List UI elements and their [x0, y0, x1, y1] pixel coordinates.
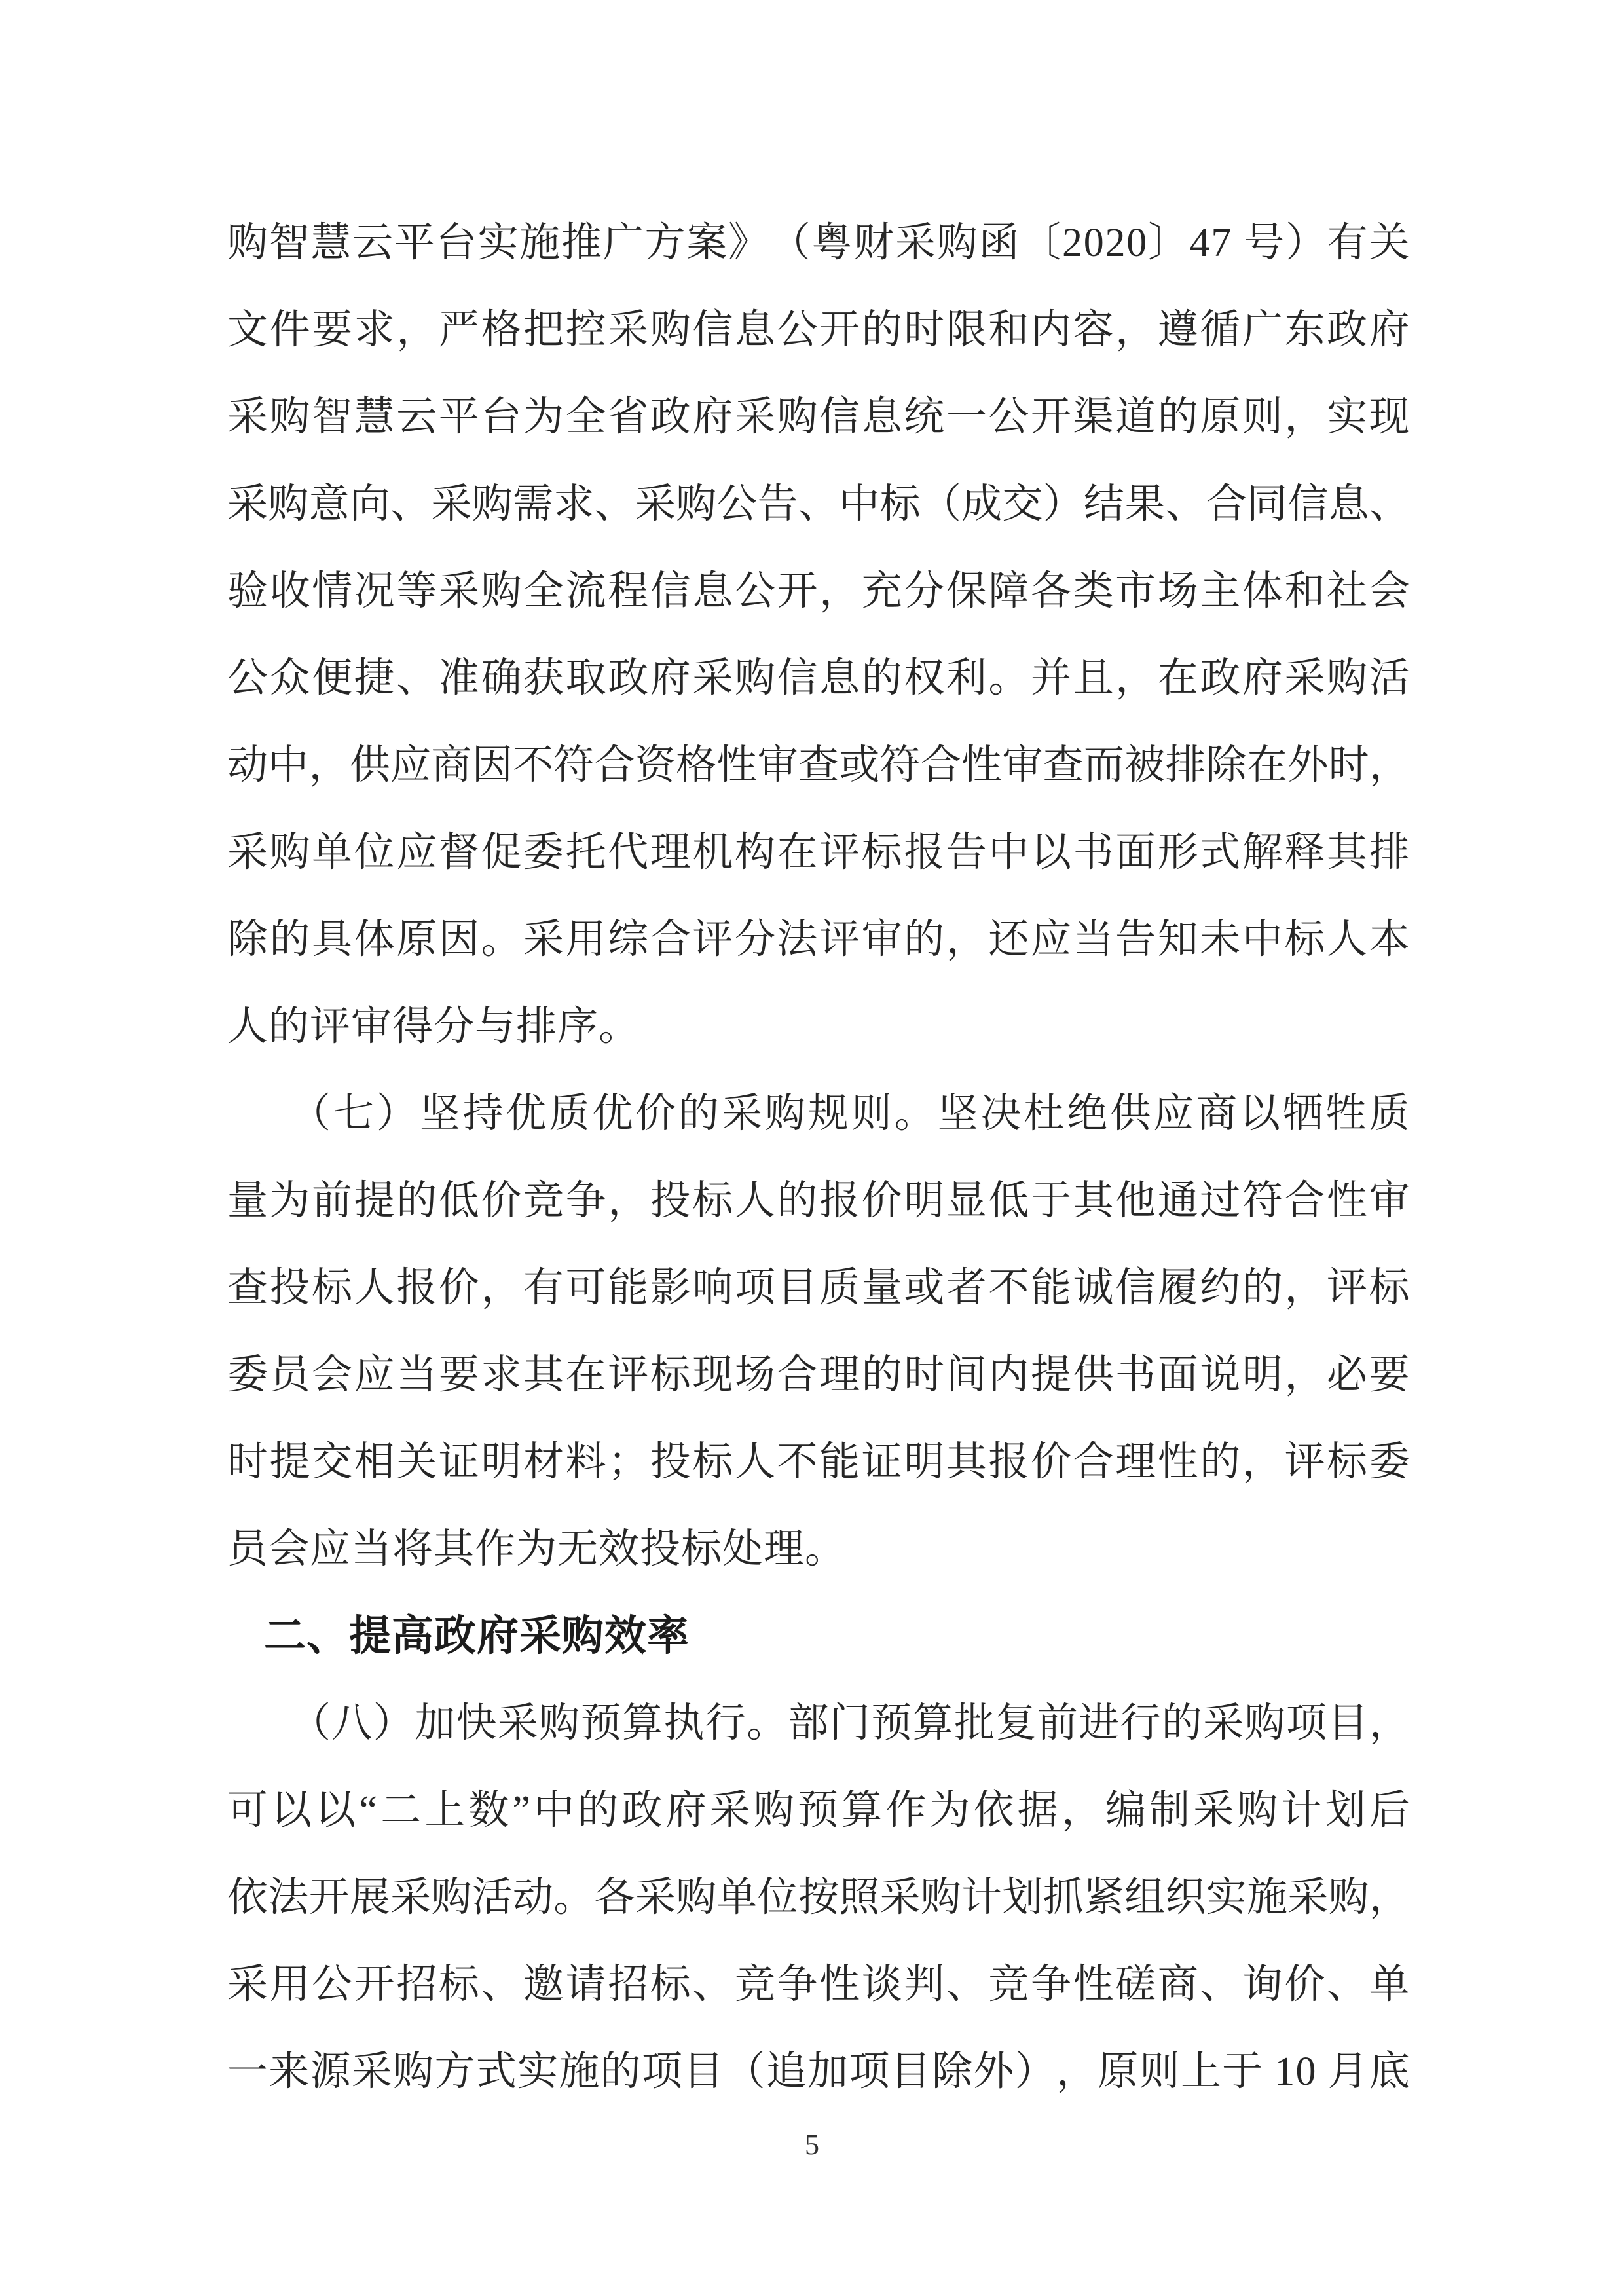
body-line-19: 可以以“二上数”中的政府采购预算作为依据，编制采购计划后	[227, 1767, 1410, 1854]
body-line-16-paragraph-end: 员会应当将其作为无效投标处理。	[227, 1506, 1410, 1593]
body-line-06: 公众便捷、准确获取政府采购信息的权利。并且，在政府采购活	[227, 635, 1410, 722]
body-line-07: 动中，供应商因不符合资格性审查或符合性审查而被排除在外时，	[227, 722, 1410, 809]
body-line-15: 时提交相关证明材料；投标人不能证明其报价合理性的，评标委	[227, 1419, 1410, 1506]
body-line-08: 采购单位应督促委托代理机构在评标报告中以书面形式解释其排	[227, 809, 1410, 896]
body-line-04: 采购意向、采购需求、采购公告、中标（成交）结果、合同信息、	[227, 461, 1410, 548]
body-line-03: 采购智慧云平台为全省政府采购信息统一公开渠道的原则，实现	[227, 374, 1410, 461]
body-line-14: 委员会应当要求其在评标现场合理的时间内提供书面说明，必要	[227, 1332, 1410, 1419]
body-line-21: 采用公开招标、邀请招标、竞争性谈判、竞争性磋商、询价、单	[227, 1941, 1410, 2029]
body-line-20: 依法开展采购活动。各采购单位按照采购计划抓紧组织实施采购，	[227, 1854, 1410, 1941]
section-heading: 二、提高政府采购效率	[227, 1593, 1410, 1680]
page-number: 5	[0, 2125, 1624, 2165]
body-line-18-paragraph-start: （八）加快采购预算执行。部门预算批复前进行的采购项目，	[227, 1680, 1410, 1767]
body-line-10-paragraph-end: 人的评审得分与排序。	[227, 983, 1410, 1071]
body-line-13: 查投标人报价，有可能影响项目质量或者不能诚信履约的，评标	[227, 1245, 1410, 1332]
body-line-01: 购智慧云平台实施推广方案》（粤财采购函〔2020〕47 号）有关	[227, 200, 1410, 287]
body-line-11-paragraph-start: （七）坚持优质优价的采购规则。坚决杜绝供应商以牺牲质	[227, 1071, 1410, 1158]
body-line-02: 文件要求，严格把控采购信息公开的时限和内容，遵循广东政府	[227, 287, 1410, 374]
body-line-12: 量为前提的低价竞争，投标人的报价明显低于其他通过符合性审	[227, 1158, 1410, 1245]
body-line-05: 验收情况等采购全流程信息公开，充分保障各类市场主体和社会	[227, 548, 1410, 635]
document-page: 购智慧云平台实施推广方案》（粤财采购函〔2020〕47 号）有关 文件要求，严格…	[0, 0, 1624, 2295]
body-line-09: 除的具体原因。采用综合评分法评审的，还应当告知未中标人本	[227, 896, 1410, 983]
body-line-22: 一来源采购方式实施的项目（追加项目除外），原则上于 10 月底	[227, 2029, 1410, 2116]
document-body: 购智慧云平台实施推广方案》（粤财采购函〔2020〕47 号）有关 文件要求，严格…	[227, 200, 1410, 2116]
